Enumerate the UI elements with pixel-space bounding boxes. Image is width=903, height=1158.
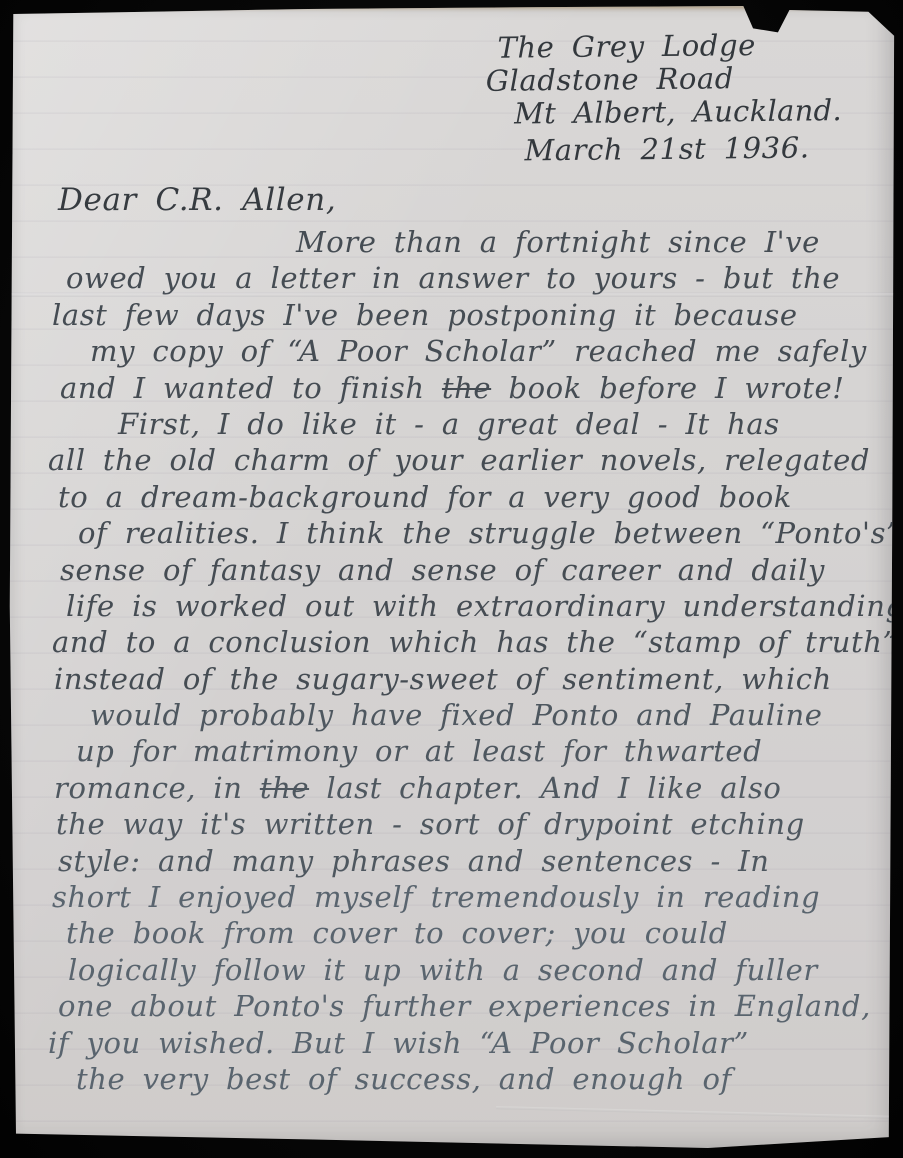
letter-line: life is worked out with extraordinary un… <box>48 588 883 624</box>
line-text: of realities. I think the struggle betwe… <box>78 516 901 550</box>
letter-line: First, I do like it - a great deal - It … <box>48 406 883 442</box>
photo-background: The Grey LodgeGladstone RoadMt Albert, A… <box>0 0 903 1158</box>
struck-word: the <box>260 771 309 805</box>
line-text: short I enjoyed myself tremendously in r… <box>52 880 820 914</box>
letter-line: and I wanted to finish the book before I… <box>48 370 883 406</box>
line-text: More than a fortnight since I've <box>296 225 820 259</box>
line-text: and I wanted to finish <box>60 371 442 405</box>
line-text: instead of the sugary-sweet of sentiment… <box>54 662 832 696</box>
line-text: First, I do like it - a great deal - It … <box>118 407 780 441</box>
address-line: The Grey Lodge <box>497 28 841 65</box>
address-line: Mt Albert, Auckland. <box>514 94 842 130</box>
salutation: Dear C.R. Allen, <box>58 182 336 218</box>
line-text: the way it's written - sort of drypoint … <box>56 807 805 841</box>
line-text: to a dream-background for a very good bo… <box>58 480 792 514</box>
line-text: life is worked out with extraordinary un… <box>66 589 903 623</box>
line-text: if you wished. But I wish “A Poor Schola… <box>48 1026 749 1060</box>
letter-paper: The Grey LodgeGladstone RoadMt Albert, A… <box>8 6 895 1152</box>
letter-line: last few days I've been postponing it be… <box>48 297 883 333</box>
letter-line: the very best of success, and enough of <box>48 1061 883 1097</box>
line-text: the book from cover to cover; you could <box>66 916 728 950</box>
letter-line: all the old charm of your earlier novels… <box>48 442 883 478</box>
line-text: owed you a letter in answer to yours - b… <box>66 261 840 295</box>
line-text: romance, in <box>54 771 260 805</box>
address-line: March 21st 1936. <box>524 131 842 167</box>
letter-line: my copy of “A Poor Scholar” reached me s… <box>48 333 883 369</box>
address-line: Gladstone Road <box>486 61 842 98</box>
letter-line: style: and many phrases and sentences - … <box>48 843 883 879</box>
letter-line: if you wished. But I wish “A Poor Schola… <box>48 1025 883 1061</box>
fold-crease-bottom <box>496 1106 895 1119</box>
line-text: last chapter. And I like also <box>309 771 781 805</box>
aged-top-edge <box>8 6 895 12</box>
line-text: logically follow it up with a second and… <box>68 953 818 987</box>
letter-line: More than a fortnight since I've <box>48 224 883 260</box>
address-block: The Grey LodgeGladstone RoadMt Albert, A… <box>479 28 842 168</box>
line-text: would probably have fixed Ponto and Paul… <box>90 698 823 732</box>
letter-line: to a dream-background for a very good bo… <box>48 479 883 515</box>
letter-line: the way it's written - sort of drypoint … <box>48 806 883 842</box>
struck-word: the <box>442 371 491 405</box>
line-text: and to a conclusion which has the “stamp… <box>52 625 898 659</box>
letter-body: More than a fortnight since I'veowed you… <box>48 224 883 1097</box>
line-text: book before I wrote! <box>491 371 844 405</box>
line-text: one about Ponto's further experiences in… <box>58 989 871 1023</box>
line-text: sense of fantasy and sense of career and… <box>60 553 825 587</box>
line-text: all the old charm of your earlier novels… <box>48 443 870 477</box>
letter-line: and to a conclusion which has the “stamp… <box>48 624 883 660</box>
letter-line: owed you a letter in answer to yours - b… <box>48 260 883 296</box>
letter-line: would probably have fixed Ponto and Paul… <box>48 697 883 733</box>
letter-line: the book from cover to cover; you could <box>48 915 883 951</box>
line-text: style: and many phrases and sentences - … <box>58 844 769 878</box>
line-text: up for matrimony or at least for thwarte… <box>76 734 762 768</box>
letter-line: of realities. I think the struggle betwe… <box>48 515 883 551</box>
letter-line: romance, in the last chapter. And I like… <box>48 770 883 806</box>
letter-line: one about Ponto's further experiences in… <box>48 988 883 1024</box>
letter-line: short I enjoyed myself tremendously in r… <box>48 879 883 915</box>
letter-line: up for matrimony or at least for thwarte… <box>48 733 883 769</box>
letter-line: logically follow it up with a second and… <box>48 952 883 988</box>
letter-line: instead of the sugary-sweet of sentiment… <box>48 661 883 697</box>
line-text: my copy of “A Poor Scholar” reached me s… <box>90 334 867 368</box>
letter-line: sense of fantasy and sense of career and… <box>48 552 883 588</box>
line-text: the very best of success, and enough of <box>76 1062 732 1096</box>
line-text: last few days I've been postponing it be… <box>52 298 798 332</box>
